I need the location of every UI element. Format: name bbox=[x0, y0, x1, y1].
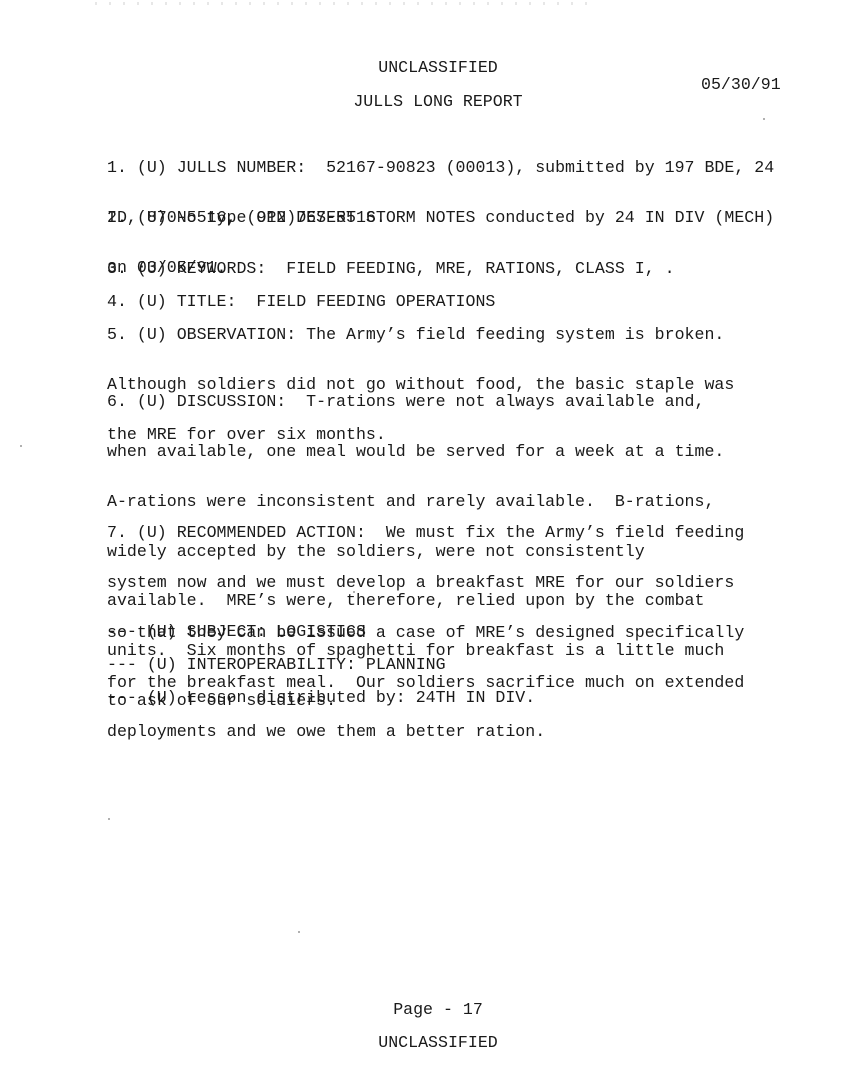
text-line: 1. (U) JULLS NUMBER: 52167-90823 (00013)… bbox=[107, 160, 797, 177]
footnote-distributed-by: --- (U) Lesson distributed by: 24TH IN D… bbox=[107, 690, 535, 707]
report-date: 05/30/91 bbox=[701, 77, 781, 94]
scan-noise bbox=[95, 2, 595, 5]
text-line: 5. (U) OBSERVATION: The Army’s field fee… bbox=[107, 327, 797, 344]
footnote-interoperability: --- (U) INTEROPERABILITY: PLANNING bbox=[107, 657, 446, 674]
scan-speck bbox=[353, 591, 355, 593]
footnote-subject: --- (U) SUBJECT: LOGISTICS bbox=[107, 624, 366, 641]
text-line: 6. (U) DISCUSSION: T-rations were not al… bbox=[107, 394, 797, 411]
text-line: deployments and we owe them a better rat… bbox=[107, 724, 797, 741]
document-page: UNCLASSIFIED 05/30/91 JULLS LONG REPORT … bbox=[0, 0, 856, 1088]
text-line: system now and we must develop a breakfa… bbox=[107, 575, 797, 592]
scan-speck bbox=[298, 931, 300, 933]
text-line: 2. (U) No type OPN DESERT STORM NOTES co… bbox=[107, 210, 797, 227]
scan-speck bbox=[108, 818, 110, 820]
text-line: 7. (U) RECOMMENDED ACTION: We must fix t… bbox=[107, 525, 797, 542]
page-number: Page - 17 bbox=[0, 1002, 856, 1019]
report-title: JULLS LONG REPORT bbox=[0, 94, 856, 111]
footer-classification: UNCLASSIFIED bbox=[0, 1035, 856, 1052]
scan-speck bbox=[20, 445, 22, 447]
scan-speck bbox=[763, 118, 765, 120]
text-line: when available, one meal would be served… bbox=[107, 444, 797, 461]
